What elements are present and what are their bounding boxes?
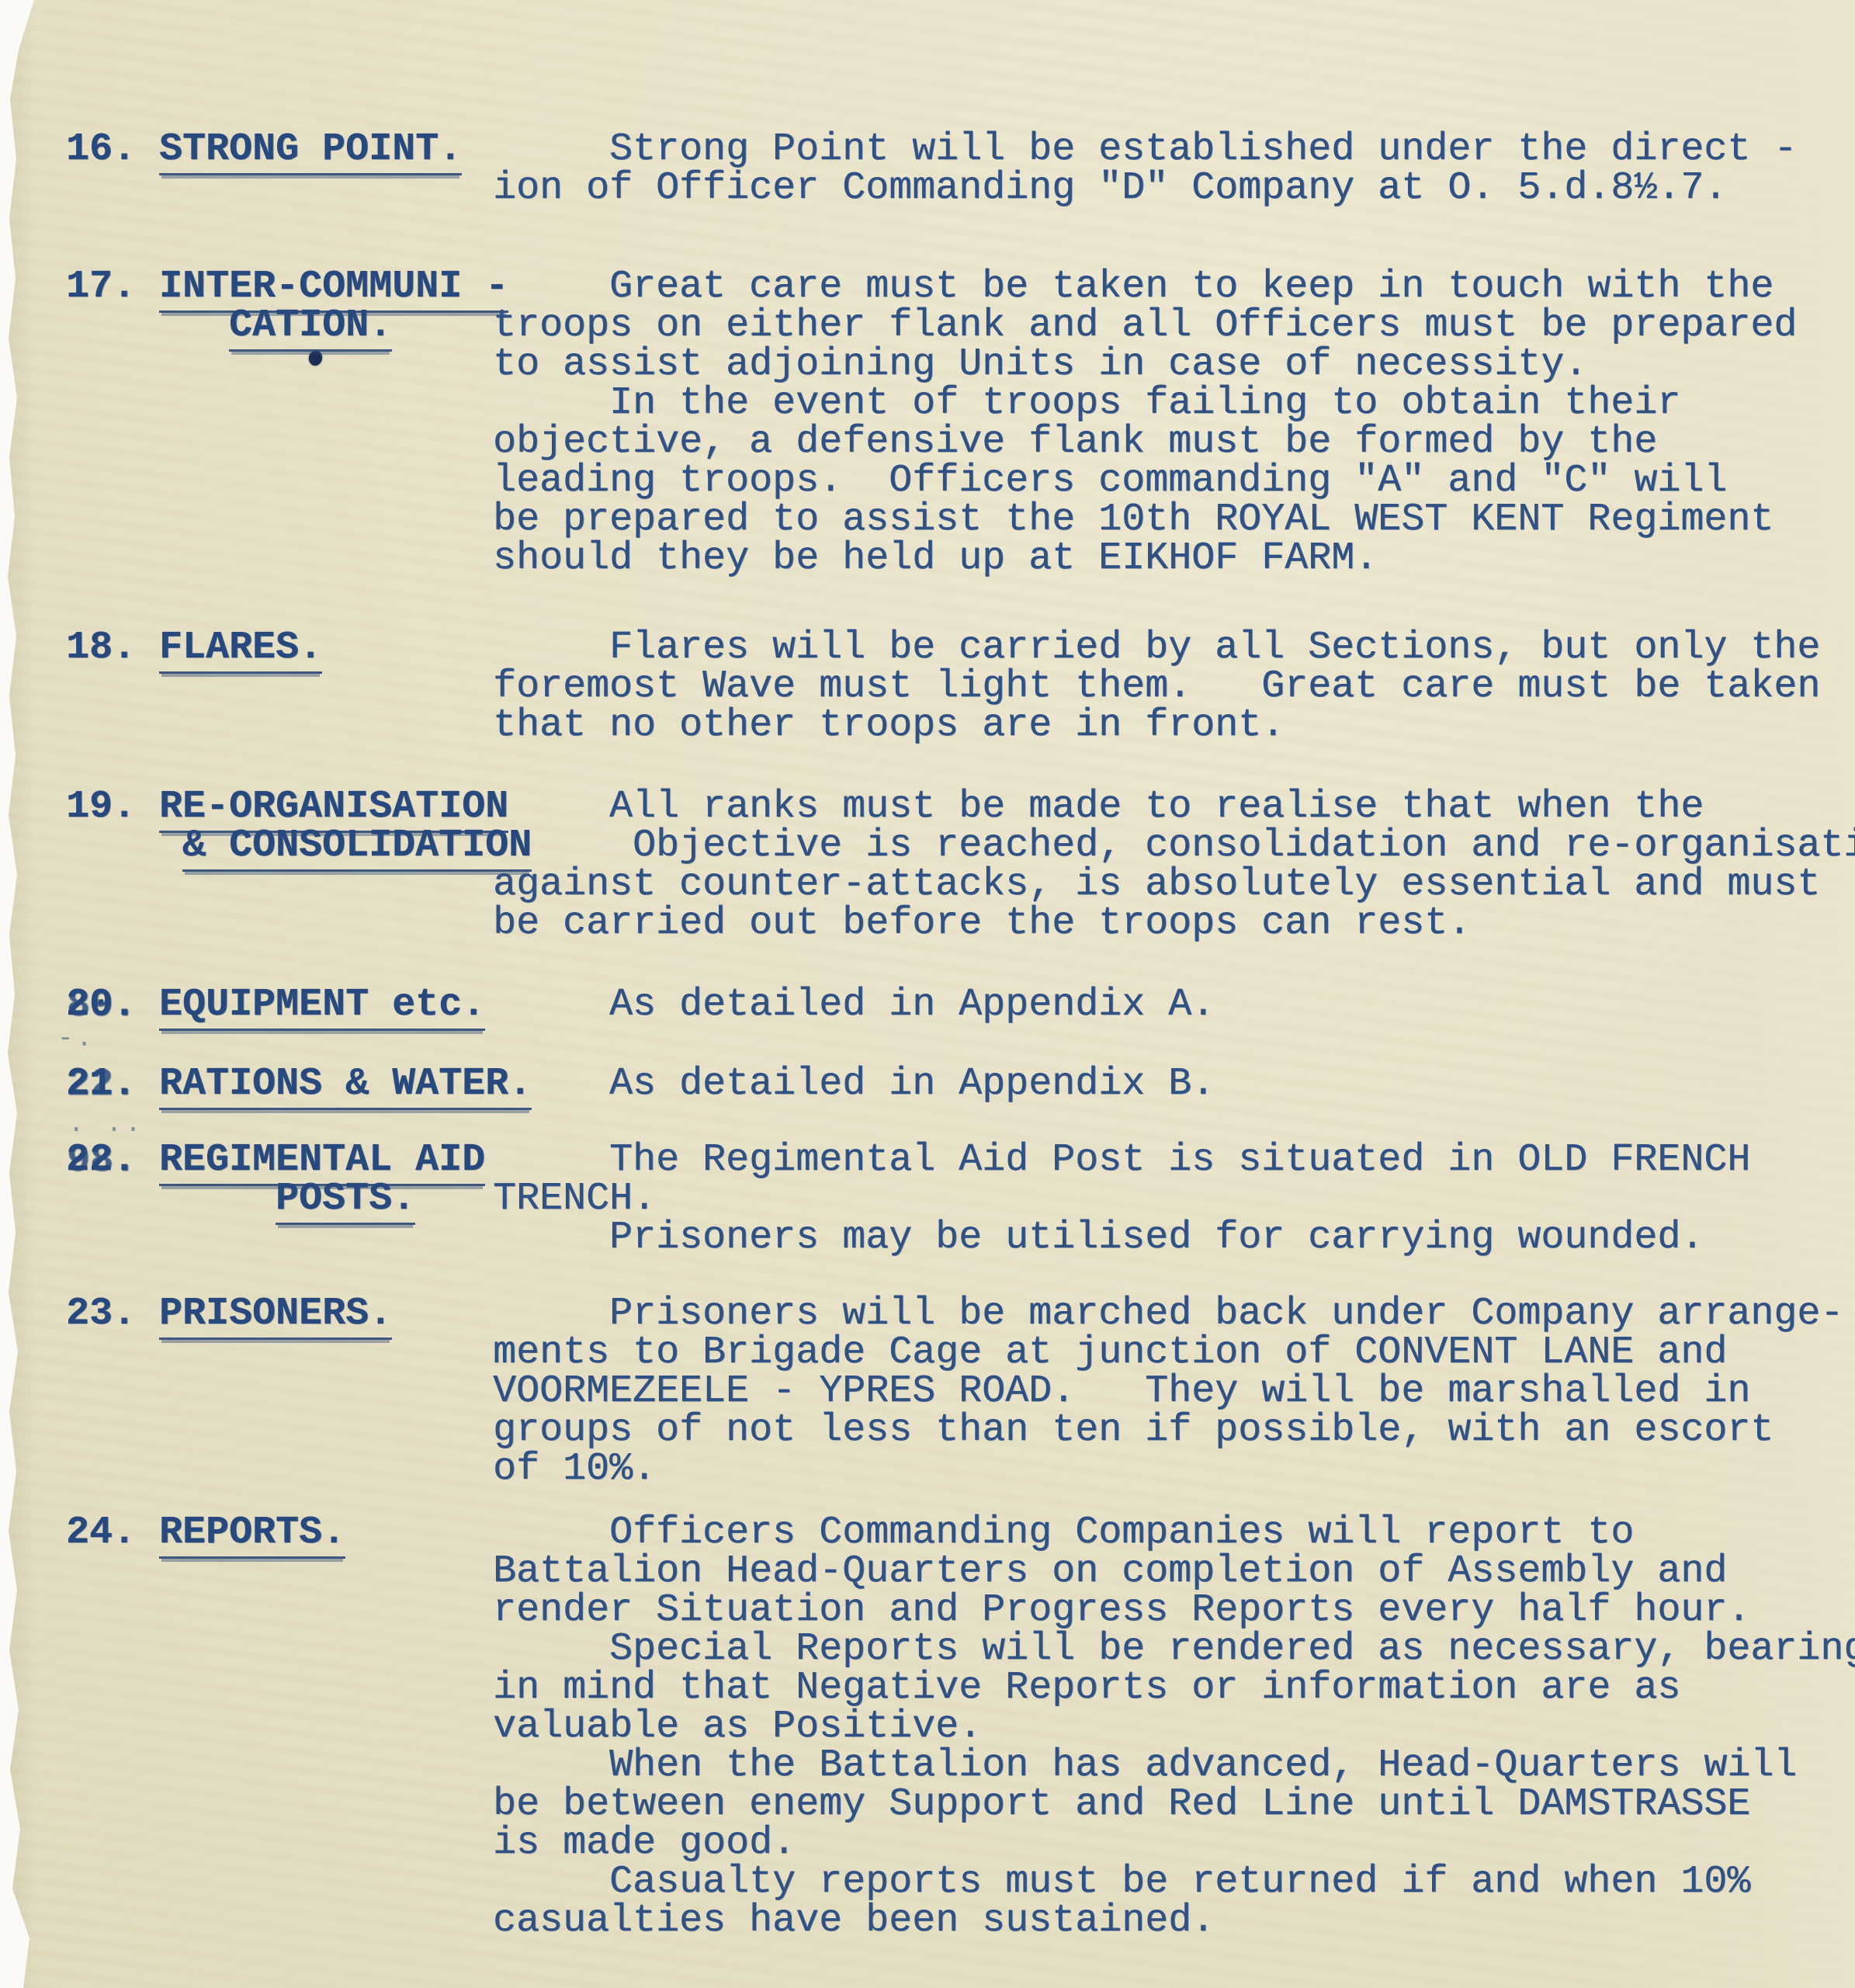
section-title: FLARES. — [159, 626, 322, 674]
ink-blot — [309, 351, 322, 366]
body-line: Objective is reached, consolidation and … — [493, 827, 1855, 866]
body-line: be carried out before the troops can res… — [493, 904, 1855, 943]
margin-mark: -. — [57, 1025, 95, 1054]
body-line: be prepared to assist the 10th ROYAL WES… — [493, 501, 1797, 540]
section-number-text: 23. — [66, 1292, 136, 1336]
heading-line: 20.89. EQUIPMENT etc. — [66, 986, 485, 1025]
section-number-text: 17. — [66, 265, 136, 309]
heading-indent — [66, 1177, 276, 1221]
section-number: 18. — [66, 629, 136, 668]
body-line: All ranks must be made to realise that w… — [493, 788, 1855, 827]
body-line: Strong Point will be established under t… — [493, 130, 1797, 169]
heading-line: 24. REPORTS. — [66, 1514, 345, 1553]
body-line: TRENCH. — [493, 1180, 1750, 1219]
section-heading: 24. REPORTS. — [66, 1514, 345, 1553]
section-number: 21.22. — [66, 1065, 136, 1104]
body-line: Casualty reports must be returned if and… — [493, 1863, 1855, 1902]
body-line: ion of Officer Commanding "D" Company at… — [493, 169, 1797, 208]
section-heading: 22.98. REGIMENTAL AID POSTS. — [66, 1141, 485, 1219]
section-title: PRISONERS. — [159, 1292, 392, 1340]
body-line: groups of not less than ten if possible,… — [493, 1411, 1843, 1450]
section-heading: 18. FLARES. — [66, 629, 322, 668]
section-number: 24. — [66, 1514, 136, 1553]
section-number: 20.89. — [66, 986, 136, 1025]
section-heading: 17. INTER-COMMUNI - CATION. — [66, 268, 508, 345]
section-heading: 16. STRONG POINT. — [66, 130, 462, 169]
body-line: should they be held up at EIKHOF FARM. — [493, 540, 1797, 578]
body-line: to assist adjoining Units in case of nec… — [493, 345, 1797, 384]
body-line: foremost Wave must light them. Great car… — [493, 668, 1820, 706]
section-title: STRONG POINT. — [159, 127, 462, 175]
section-body: Flares will be carried by all Sections, … — [493, 629, 1820, 745]
heading-line: 23. PRISONERS. — [66, 1295, 392, 1334]
body-line: valuable as Positive. — [493, 1708, 1855, 1747]
body-line: ments to Brigade Cage at junction of CON… — [493, 1334, 1843, 1372]
heading-line: 22.98. REGIMENTAL AID — [66, 1141, 485, 1180]
body-line: Flares will be carried by all Sections, … — [493, 629, 1820, 668]
body-line: troops on either flank and all Officers … — [493, 307, 1797, 345]
body-line: As detailed in Appendix B. — [493, 1065, 1215, 1104]
body-line: The Regimental Aid Post is situated in O… — [493, 1141, 1750, 1180]
heading-line: 19. RE-ORGANISATION — [66, 788, 532, 827]
section-number-overstrike: 22. — [67, 1066, 137, 1105]
heading-line: 21.22. RATIONS & WATER. — [66, 1065, 532, 1104]
section-title: RATIONS & WATER. — [159, 1062, 532, 1110]
section-number-overstrike: 89. — [67, 987, 137, 1025]
body-line: in mind that Negative Reports or informa… — [493, 1669, 1855, 1708]
section-number-text: 16. — [66, 127, 136, 172]
section-number: 16. — [66, 130, 136, 169]
body-line: render Situation and Progress Reports ev… — [493, 1591, 1855, 1630]
body-line: casualties have been sustained. — [493, 1902, 1855, 1941]
section-body: As detailed in Appendix B. — [493, 1065, 1215, 1104]
section-title: CATION. — [229, 304, 392, 352]
section-body: As detailed in Appendix A. — [493, 986, 1215, 1025]
section-number-text: 19. — [66, 785, 136, 829]
section-body: Officers Commanding Companies will repor… — [493, 1514, 1855, 1941]
section-heading: 19. RE-ORGANISATION & CONSOLIDATION — [66, 788, 532, 866]
body-line: Battalion Head-Quarters on completion of… — [493, 1553, 1855, 1591]
section-title: POSTS. — [276, 1177, 415, 1225]
heading-line: 16. STRONG POINT. — [66, 130, 462, 169]
body-line: When the Battalion has advanced, Head-Qu… — [493, 1747, 1855, 1785]
section-number: 23. — [66, 1295, 136, 1334]
document-page: 16. STRONG POINT. Strong Point will be e… — [0, 0, 1855, 1988]
body-line: is made good. — [493, 1824, 1855, 1863]
section-heading: 20.89. EQUIPMENT etc. — [66, 986, 485, 1025]
section-body: Strong Point will be established under t… — [493, 130, 1797, 208]
section-heading: 21.22. RATIONS & WATER. — [66, 1065, 532, 1104]
heading-line: & CONSOLIDATION — [66, 827, 532, 866]
section-body: Great care must be taken to keep in touc… — [493, 268, 1797, 578]
body-line: be between enemy Support and Red Line un… — [493, 1785, 1855, 1824]
body-line: As detailed in Appendix A. — [493, 986, 1215, 1025]
body-line: against counter-attacks, is absolutely e… — [493, 866, 1855, 904]
section-title: & CONSOLIDATION — [182, 824, 532, 872]
body-line: Special Reports will be rendered as nece… — [493, 1630, 1855, 1669]
section-number: 17. — [66, 268, 136, 307]
body-line: objective, a defensive flank must be for… — [493, 423, 1797, 462]
body-line: of 10%. — [493, 1450, 1843, 1489]
body-line: Prisoners will be marched back under Com… — [493, 1295, 1843, 1334]
body-line: Great care must be taken to keep in touc… — [493, 268, 1797, 307]
heading-line: 18. FLARES. — [66, 629, 322, 668]
heading-indent — [66, 304, 229, 348]
body-line: Officers Commanding Companies will repor… — [493, 1514, 1855, 1553]
body-line: Prisoners may be utilised for carrying w… — [493, 1219, 1750, 1258]
section-number-text: 18. — [66, 626, 136, 670]
section-number: 19. — [66, 788, 136, 827]
section-title: REPORTS. — [159, 1511, 345, 1559]
section-heading: 23. PRISONERS. — [66, 1295, 392, 1334]
body-line: that no other troops are in front. — [493, 706, 1820, 745]
heading-line: 17. INTER-COMMUNI - — [66, 268, 508, 307]
section-body: All ranks must be made to realise that w… — [493, 788, 1855, 943]
margin-mark: . .. — [68, 1110, 144, 1140]
section-number-overstrike: 98. — [67, 1142, 137, 1181]
body-line: VOORMEZEELE - YPRES ROAD. They will be m… — [493, 1372, 1843, 1411]
body-line: leading troops. Officers commanding "A" … — [493, 462, 1797, 501]
heading-indent — [66, 824, 182, 868]
section-title: EQUIPMENT etc. — [159, 983, 485, 1031]
section-body: The Regimental Aid Post is situated in O… — [493, 1141, 1750, 1258]
section-number: 22.98. — [66, 1141, 136, 1180]
section-body: Prisoners will be marched back under Com… — [493, 1295, 1843, 1489]
section-number-text: 24. — [66, 1511, 136, 1555]
body-line: In the event of troops failing to obtain… — [493, 384, 1797, 423]
